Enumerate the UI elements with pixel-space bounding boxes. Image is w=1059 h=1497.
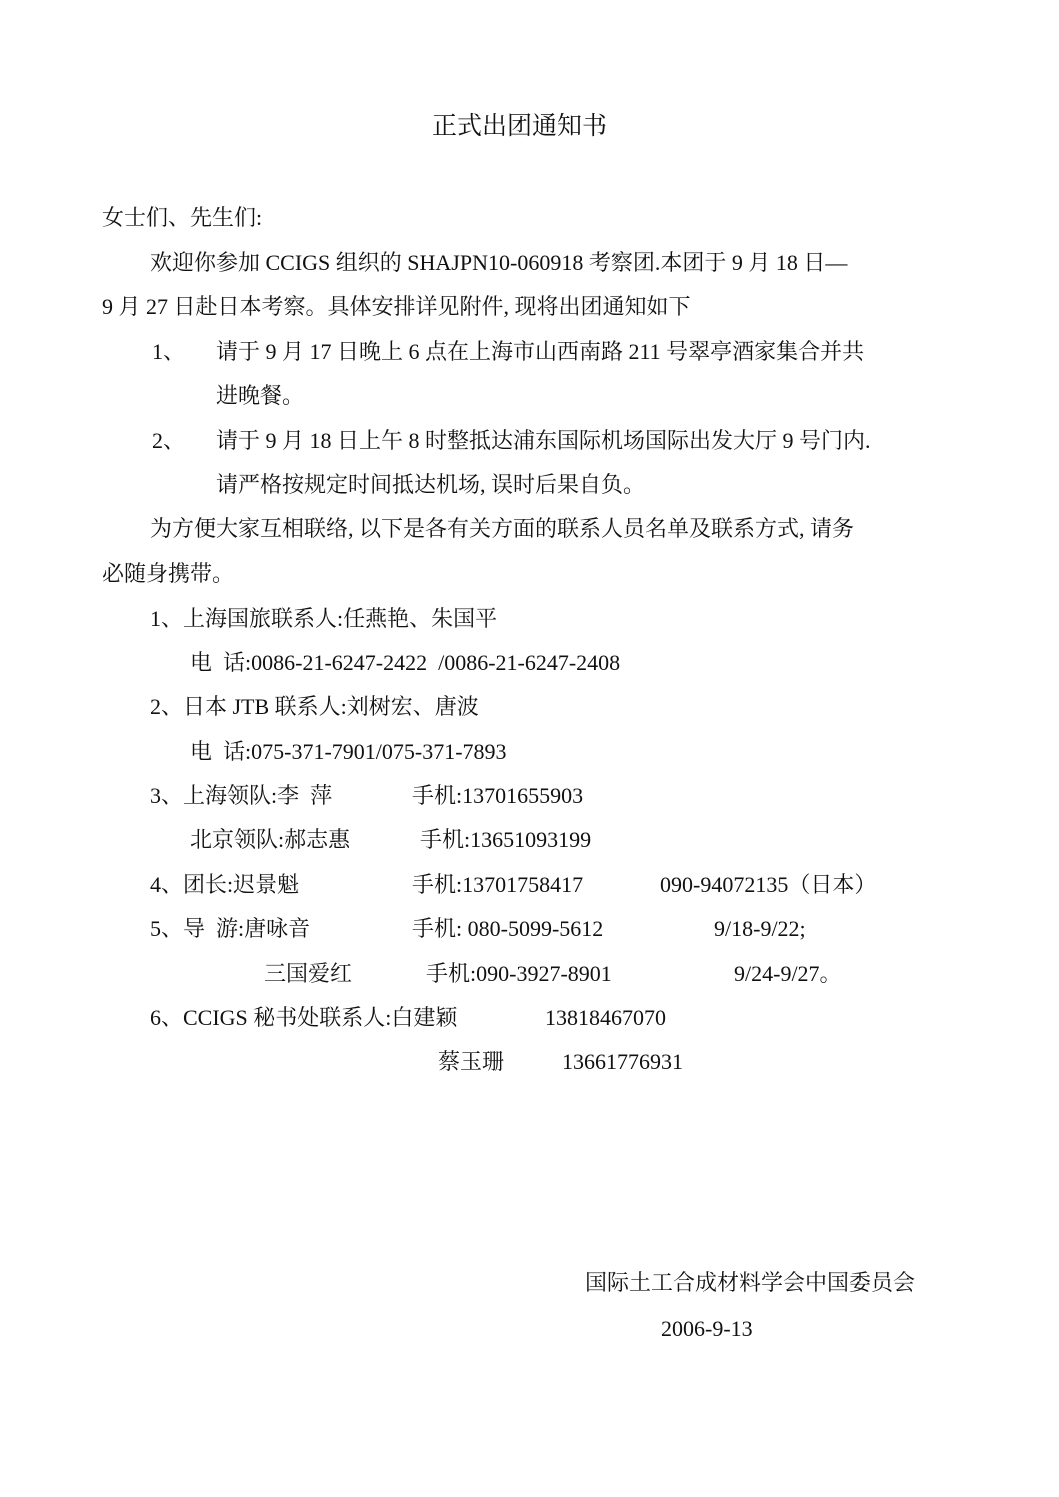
notice-1-line-2: 进晚餐。 — [216, 381, 304, 411]
contact-6b-phone: 13661776931 — [562, 1047, 683, 1077]
intro-line-1: 欢迎你参加 CCIGS 组织的 SHAJPN10-060918 考察团.本团于 … — [150, 248, 847, 278]
contact-5b-mobile: 手机:090-3927-8901 — [426, 959, 612, 989]
contact-4-label: 4、团长:迟景魁 — [150, 870, 299, 900]
contact-5-label: 5、导 游:唐咏音 — [150, 914, 310, 944]
contact-5b-label: 三国爱红 — [264, 959, 352, 989]
intro-line-2: 9 月 27 日赴日本考察。具体安排详见附件, 现将出团通知如下 — [102, 292, 691, 322]
contact-4-japan-phone: 090-94072135（日本） — [660, 870, 876, 900]
contacts-intro-line-1: 为方便大家互相联络, 以下是各有关方面的联系人员名单及联系方式, 请务 — [150, 514, 854, 544]
contact-6b-label: 蔡玉珊 — [438, 1047, 504, 1077]
notice-2-line-2: 请严格按规定时间抵达机场, 误时后果自负。 — [216, 470, 645, 500]
contact-3-mobile: 手机:13701655903 — [412, 781, 583, 811]
notice-2-line-1: 请于 9 月 18 日上午 8 时整抵达浦东国际机场国际出发大厅 9 号门内. — [216, 426, 871, 456]
signature-date: 2006-9-13 — [661, 1314, 753, 1344]
contact-2-label: 2、日本 JTB 联系人:刘树宏、唐波 — [150, 692, 479, 722]
contacts-intro-line-2: 必随身携带。 — [102, 559, 234, 589]
contact-4-mobile: 手机:13701758417 — [412, 870, 583, 900]
contact-5-mobile: 手机: 080-5099-5612 — [412, 914, 603, 944]
document-page: 正式出团通知书 女士们、先生们: 欢迎你参加 CCIGS 组织的 SHAJPN1… — [0, 0, 1059, 1497]
contact-3-label: 3、上海领队:李 萍 — [150, 781, 332, 811]
contact-2-phone: 电 话:075-371-7901/075-371-7893 — [190, 737, 507, 767]
document-title: 正式出团通知书 — [432, 112, 607, 142]
contact-6-label: 6、CCIGS 秘书处联系人:白建颖 — [150, 1003, 457, 1033]
contact-3b-label: 北京领队:郝志惠 — [190, 825, 350, 855]
contact-1-label: 1、上海国旅联系人:任燕艳、朱国平 — [150, 604, 497, 634]
signature-organization: 国际土工合成材料学会中国委员会 — [585, 1268, 915, 1298]
notice-2-number: 2、 — [152, 426, 185, 456]
contact-6-phone: 13818467070 — [545, 1003, 666, 1033]
contact-1-phone: 电 话:0086-21-6247-2422 /0086-21-6247-2408 — [190, 648, 620, 678]
contact-5b-dates: 9/24-9/27。 — [734, 959, 842, 989]
contact-5-dates: 9/18-9/22; — [714, 914, 806, 944]
contact-3b-mobile: 手机:13651093199 — [420, 825, 591, 855]
notice-1-number: 1、 — [152, 337, 185, 367]
salutation: 女士们、先生们: — [102, 203, 262, 233]
notice-1-line-1: 请于 9 月 17 日晚上 6 点在上海市山西南路 211 号翠亭酒家集合并共 — [216, 337, 864, 367]
